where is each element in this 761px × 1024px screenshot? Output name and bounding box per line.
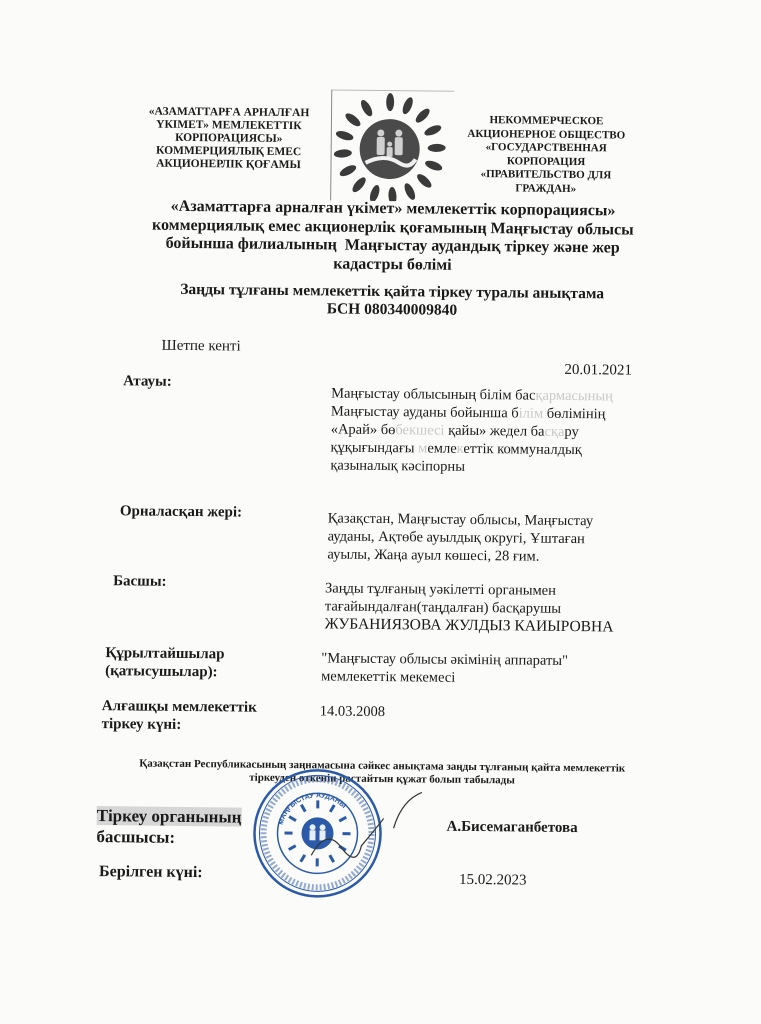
field-label-head: Басшы: xyxy=(113,572,167,591)
document-date: 20.01.2021 xyxy=(564,362,632,380)
field-value-location: Қазақстан, Маңғыстау облысы, Маңғыстау а… xyxy=(327,509,668,567)
head-name: ЖУБАНИЯЗОВА ЖУЛДЫЗ КАИЫРОВНА xyxy=(325,615,675,637)
field-label-name: Атауы: xyxy=(123,372,172,391)
field-label-founders: Құрылтайшылар (қатысушылар): xyxy=(105,644,225,681)
field-value-founders: "Маңғыстау облысы әкімінің аппараты" мем… xyxy=(321,649,671,689)
issue-place: Шетпе кенті xyxy=(162,338,241,356)
location-line: ауылы, Жаңа ауыл көшесі, 28 ғим. xyxy=(327,545,667,567)
header-ru-line: «ГОСУДАРСТВЕННАЯ xyxy=(459,141,634,156)
founders-label-line: (қатысушылар): xyxy=(105,662,224,681)
document-title-block: Заңды тұлғаны мемлекеттік қайта тіркеу т… xyxy=(142,280,642,321)
header-ru-line: «ПРАВИТЕЛЬСТВО ДЛЯ xyxy=(458,168,633,183)
header-org-kz: «АЗАМАТТАРҒА АРНАЛҒАН ҮКІМЕТ» МЕМЛЕКЕТТІ… xyxy=(143,106,314,173)
signature-label-line: Тіркеу органының xyxy=(97,806,242,827)
name-line: қазыналық кәсіпорны xyxy=(330,456,670,478)
issued-date-label: Берілген күні: xyxy=(99,863,203,882)
header-org-ru: НЕКОММЕРЧЕСКОЕ АКЦИОНЕРНОЕ ОБЩЕСТВО «ГОС… xyxy=(458,114,634,197)
first-reg-label-line: тіркеу күні: xyxy=(102,715,257,735)
official-stamp-icon: МАҢҒЫСТАУ АУДАНЫ xyxy=(251,767,384,900)
field-value-first-registration: 14.03.2008 xyxy=(320,702,385,721)
signature-label-line: басшысы: xyxy=(96,826,241,849)
first-reg-label-line: Алғашқы мемлекеттік xyxy=(102,697,257,717)
signatory-name: А.Бисемаганбетова xyxy=(446,817,577,839)
signature-label: Тіркеу органының басшысы: xyxy=(96,805,241,849)
founders-label-line: Құрылтайшылар xyxy=(105,644,224,663)
field-label-first-registration: Алғашқы мемлекеттік тіркеу күні: xyxy=(102,697,257,735)
header-kz-line: ҮКІМЕТ» МЕМЛЕКЕТТІК xyxy=(144,119,314,134)
header-ru-line: ГРАЖДАН» xyxy=(458,181,633,196)
founders-line: мемлекеттік мекемесі xyxy=(321,667,671,689)
document-page: «АЗАМАТТАРҒА АРНАЛҒАН ҮКІМЕТ» МЕМЛЕКЕТТІ… xyxy=(0,0,761,1024)
sun-family-hand-logo-icon xyxy=(330,89,454,201)
issuer-name: «Азаматтарға арналған үкімет» мемлекетті… xyxy=(142,198,643,277)
field-label-location: Орналасқан жері: xyxy=(120,502,242,521)
field-value-name: Маңғыстау облысының білім басқармасыныңМ… xyxy=(330,384,671,478)
issued-date: 15.02.2023 xyxy=(459,871,527,890)
header-kz-line: АКЦИОНЕРЛІК ҚОҒАМЫ xyxy=(143,158,313,173)
field-value-head: Заңды тұлғаның уәкілетті органымен тағай… xyxy=(325,579,676,637)
signature-stroke-icon xyxy=(392,790,432,830)
